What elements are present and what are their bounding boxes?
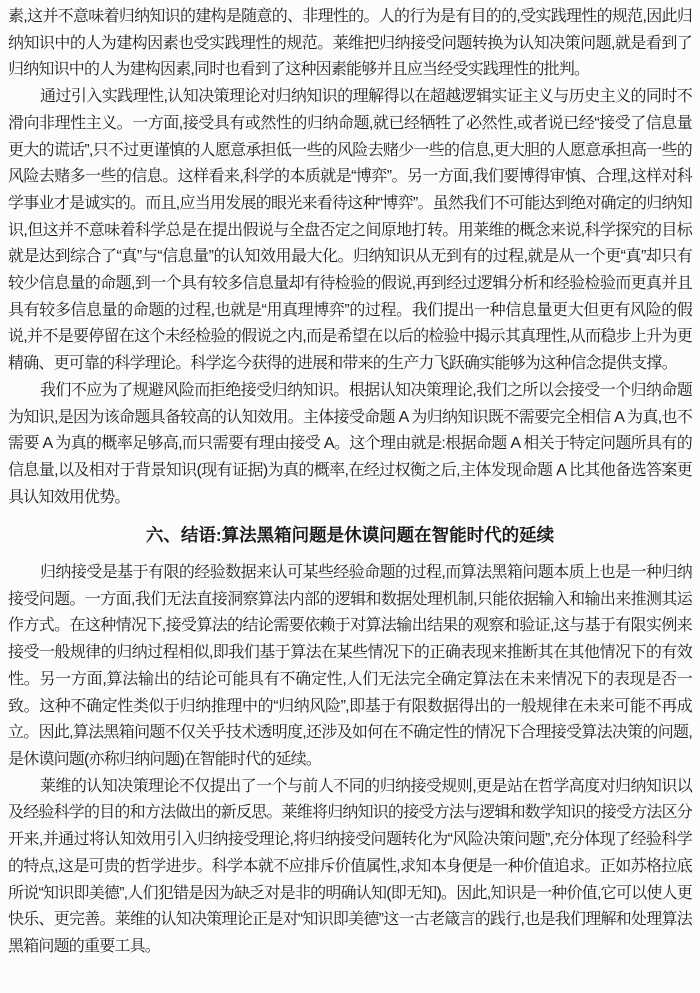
document-page: 素,这并不意味着归纳知识的建构是随意的、非理性的。人的行为是有目的的,受实践理性… <box>0 0 700 993</box>
paragraph-blackbox-as-induction: 归纳接受是基于有限的经验数据来认可某些经验命题的过程,而算法黑箱问题本质上也是一… <box>8 560 692 774</box>
paragraph-practical-rationality: 通过引入实践理性,认知决策理论对归纳知识的理解得以在超越逻辑实证主义与历史主义的… <box>8 84 692 378</box>
paragraph-levi-theory-value: 莱维的认知决策理论不仅提出了一个与前人不同的归纳接受规则,更是站在哲学高度对归纳… <box>8 774 692 961</box>
section-heading-conclusion: 六、结语:算法黑箱问题是休谟问题在智能时代的延续 <box>8 522 692 549</box>
paragraph-continuation: 素,这并不意味着归纳知识的建构是随意的、非理性的。人的行为是有目的的,受实践理性… <box>8 4 692 84</box>
paragraph-accepting-induction: 我们不应为了规避风险而拒绝接受归纳知识。根据认知决策理论,我们之所以会接受一个归… <box>8 378 692 512</box>
